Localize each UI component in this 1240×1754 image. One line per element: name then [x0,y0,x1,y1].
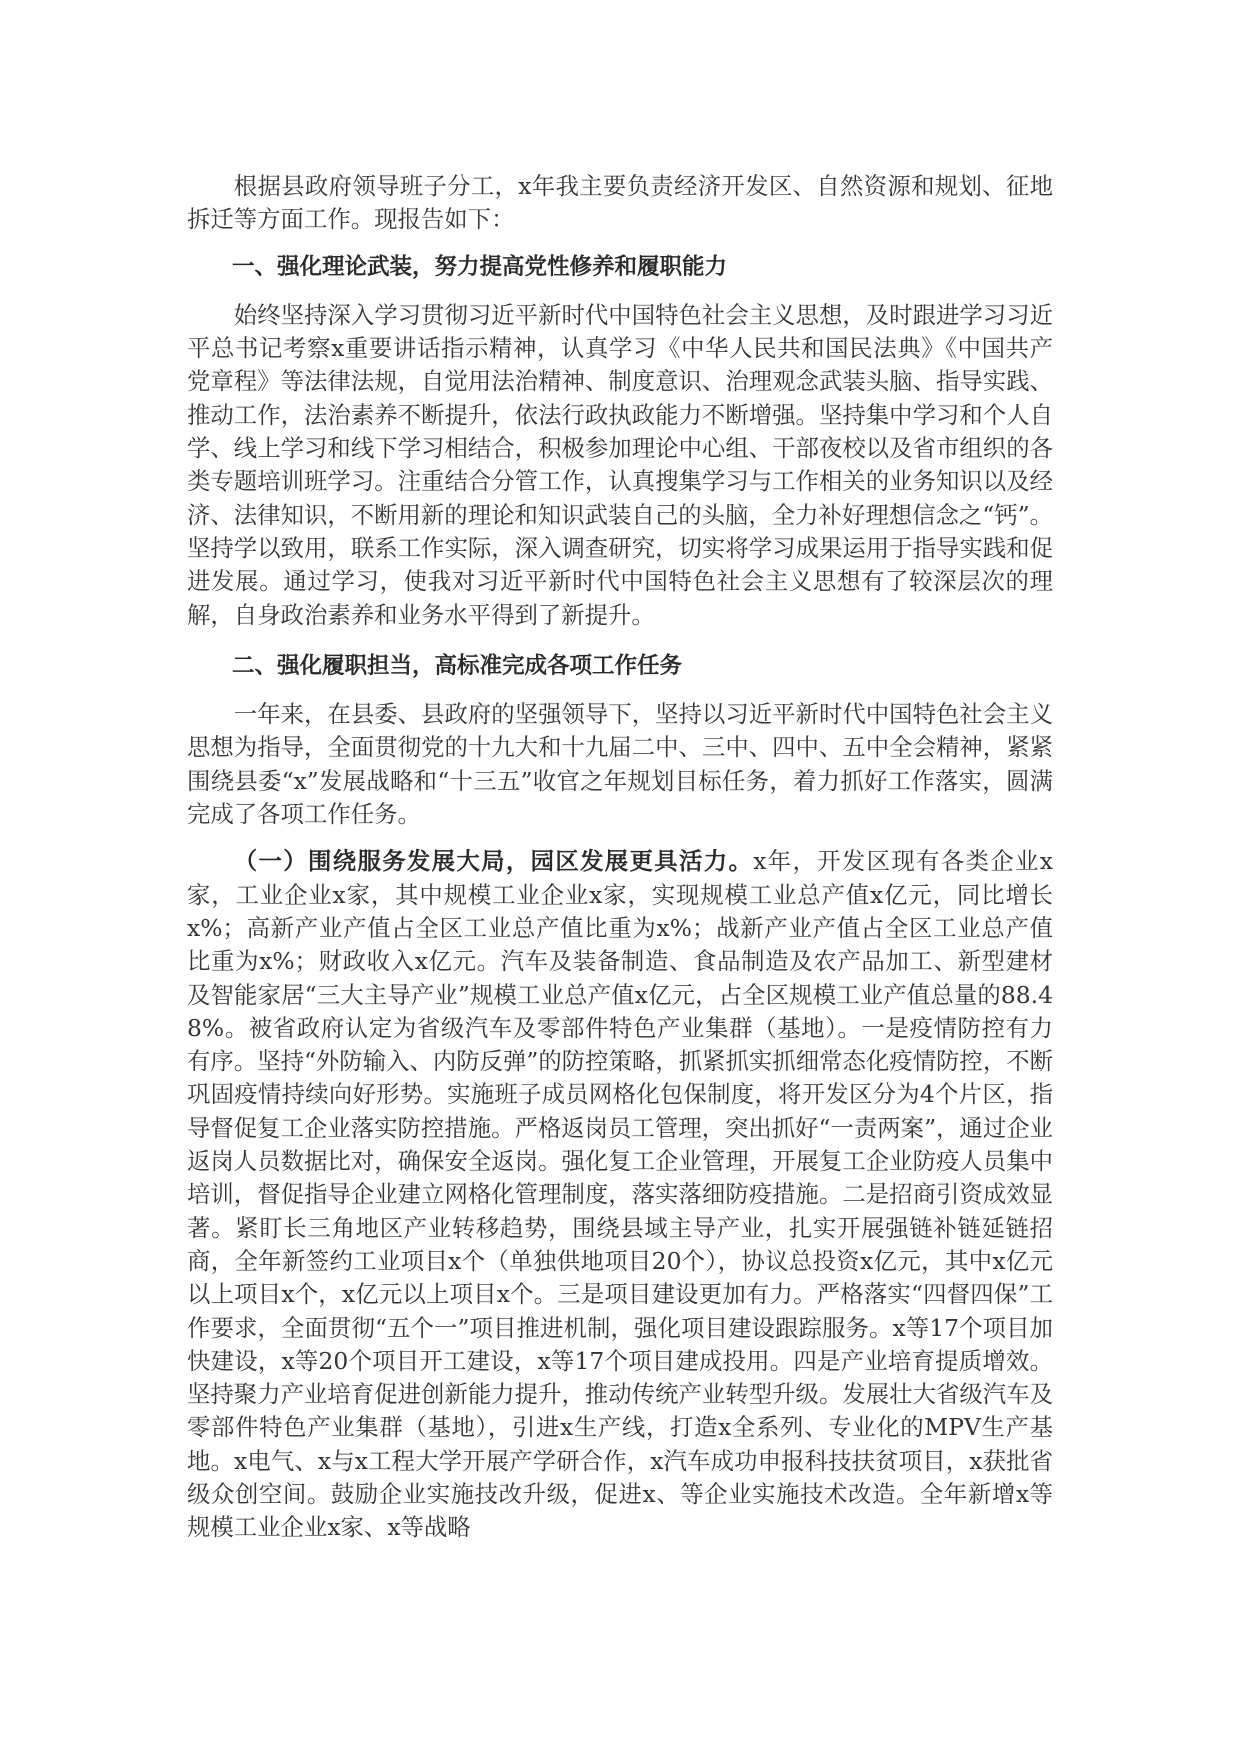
section-1-body: 始终坚持深入学习贯彻习近平新时代中国特色社会主义思想，及时跟进学习习近平总书记考… [187,299,1053,632]
paragraph-gap [187,831,1053,845]
section-1-heading: 一、强化理论武装，努力提高党性修养和履职能力 [187,251,1053,284]
subsection-1-paragraph: （一）围绕服务发展大局，园区发展更具活力。x年，开发区现有各类企业x家，工业企业… [187,845,1053,1544]
section-2-body: 一年来，在县委、县政府的坚强领导下，坚持以习近平新时代中国特色社会主义思想为指导… [187,698,1053,831]
document-page: 根据县政府领导班子分工，x年我主要负责经济开发区、自然资源和规划、征地拆迁等方面… [187,170,1053,1545]
subsection-1-heading: （一）围绕服务发展大局，园区发展更具活力。 [234,847,753,875]
subsection-1-body: x年，开发区现有各类企业x家，工业企业x家，其中规模工业企业x家，实现规模工业总… [187,847,1053,1541]
intro-paragraph: 根据县政府领导班子分工，x年我主要负责经济开发区、自然资源和规划、征地拆迁等方面… [187,170,1053,237]
section-2-heading: 二、强化履职担当，高标准完成各项工作任务 [187,650,1053,683]
